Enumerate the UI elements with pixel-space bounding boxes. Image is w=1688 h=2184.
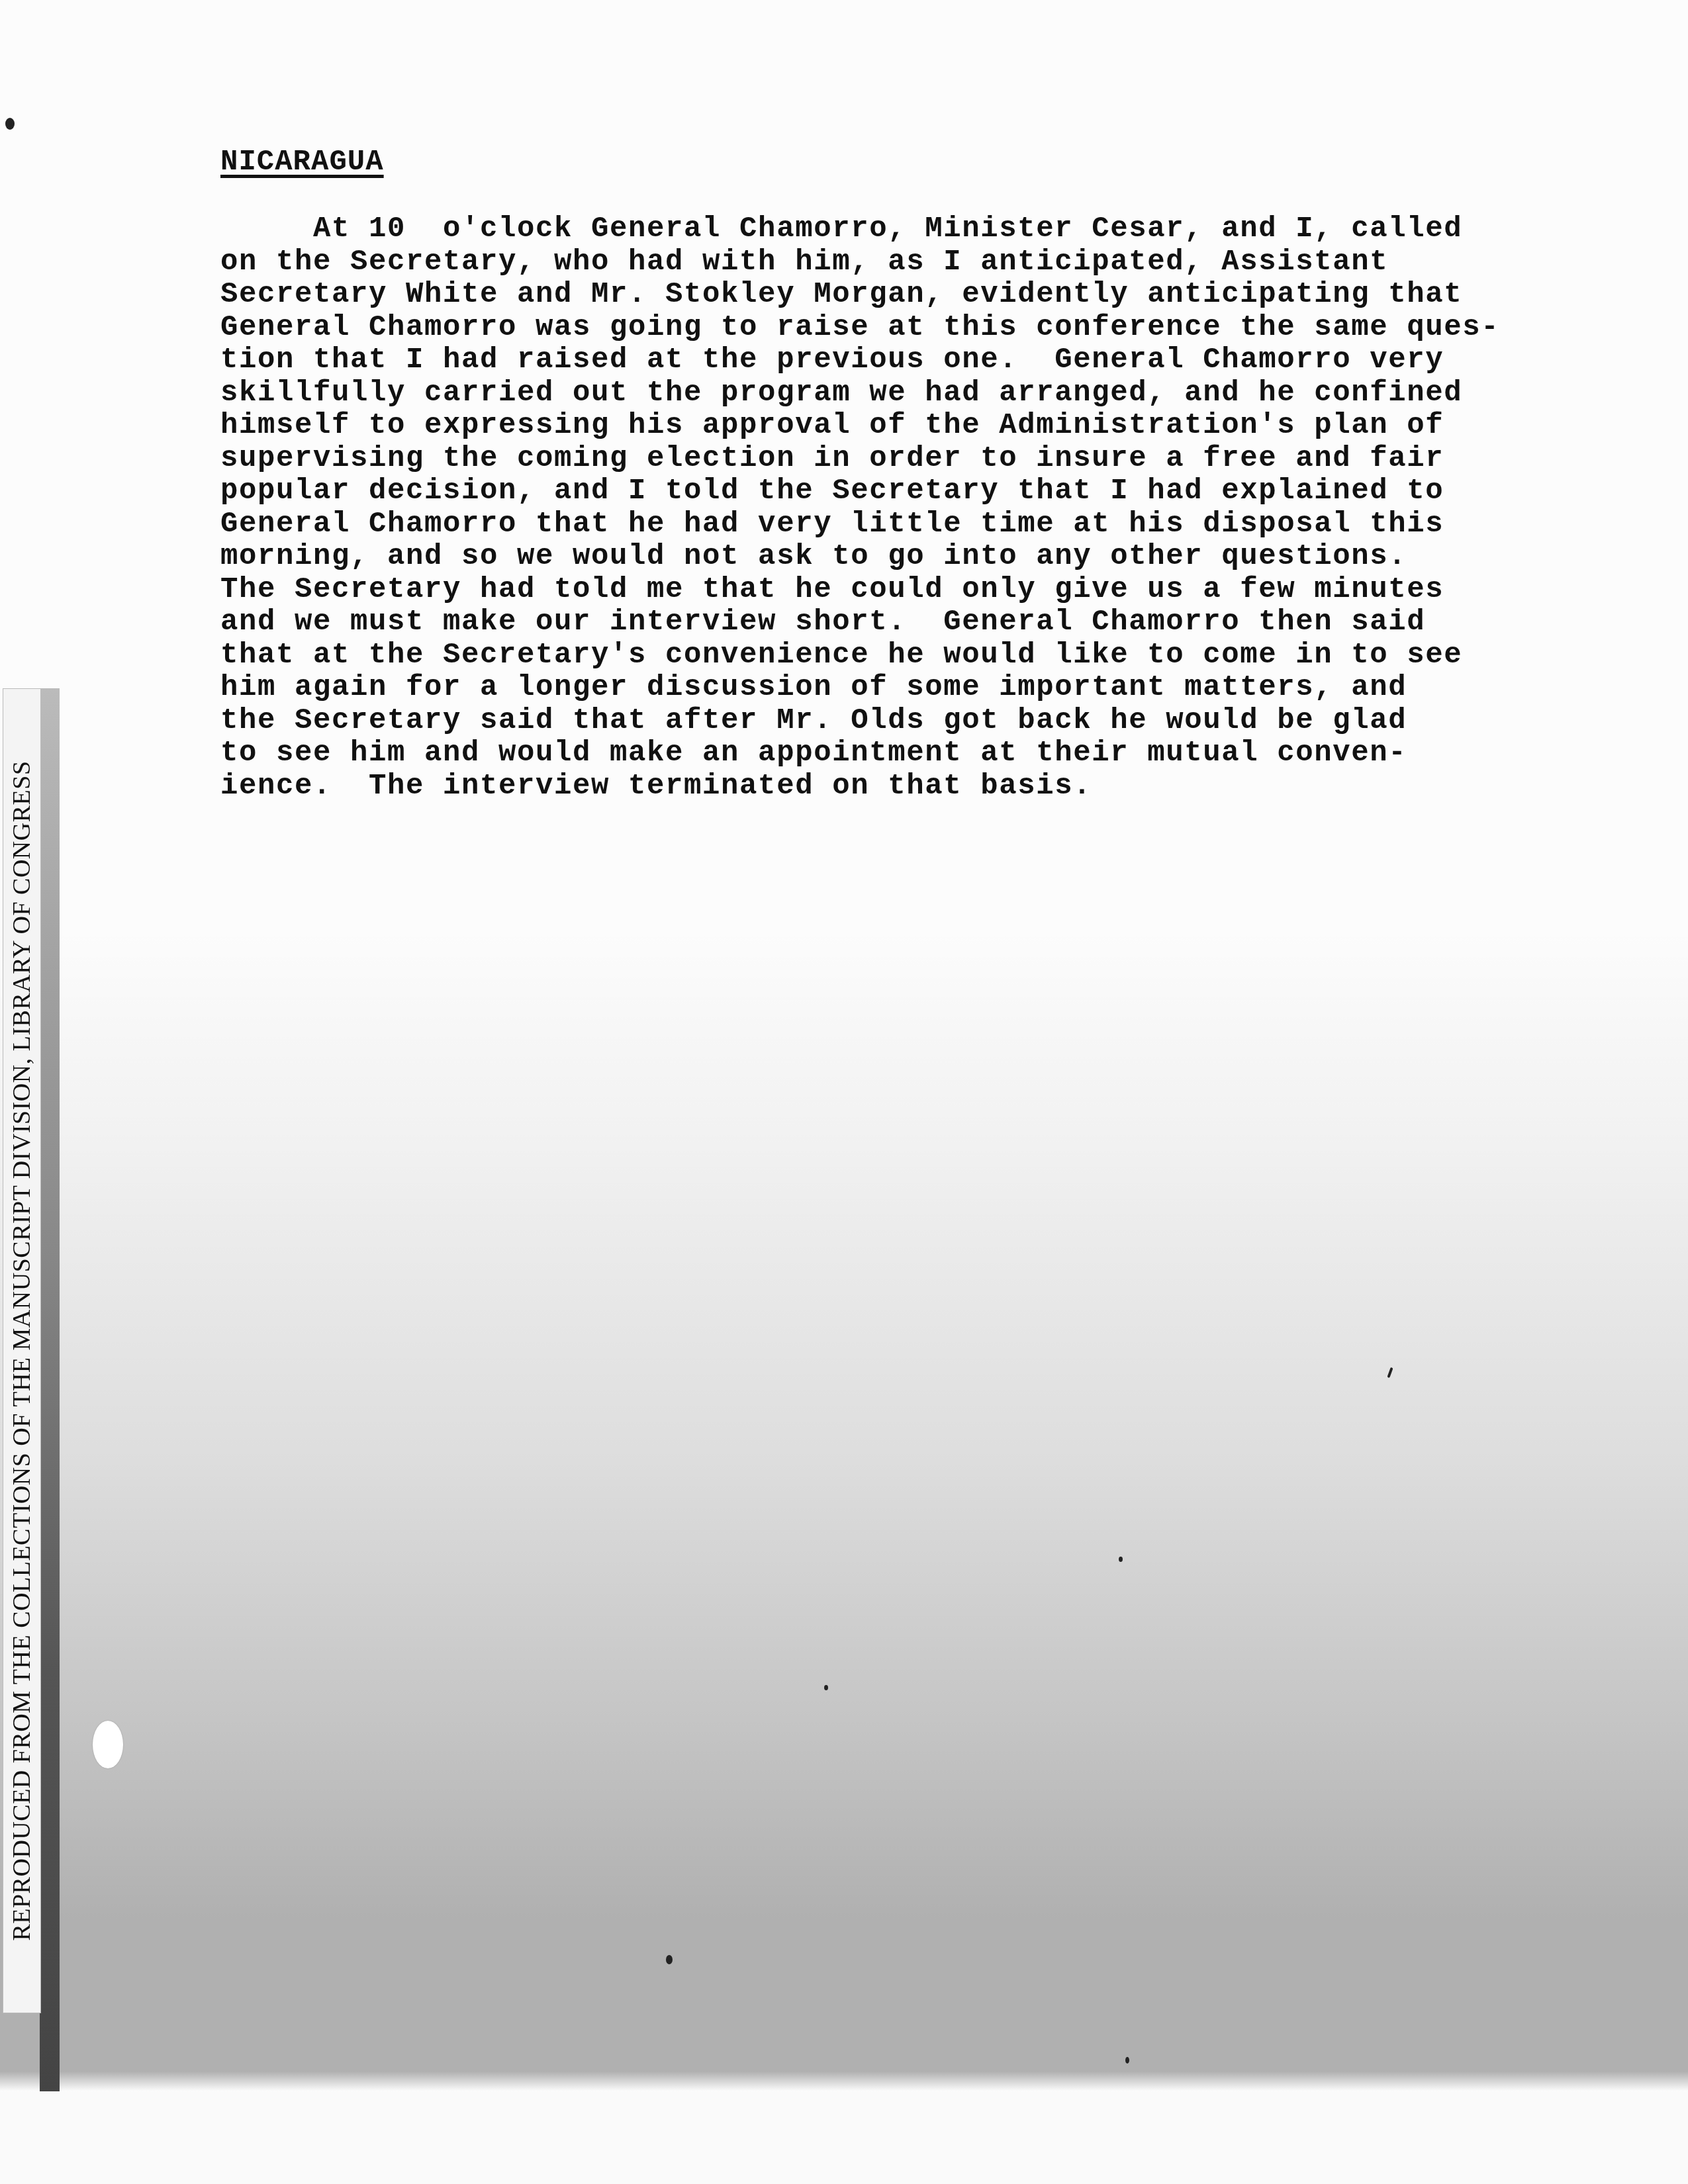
- speck: [666, 1955, 673, 1964]
- memo-document: NICARAGUA At 10 o'clock General Chamorro…: [220, 146, 1597, 803]
- memo-body: At 10 o'clock General Chamorro, Minister…: [220, 213, 1597, 803]
- archive-stamp-text: REPRODUCED FROM THE COLLECTIONS OF THE M…: [3, 689, 40, 2013]
- memo-line: ience. The interview terminated on that …: [220, 770, 1597, 803]
- archive-stamp: REPRODUCED FROM THE COLLECTIONS OF THE M…: [3, 688, 41, 2013]
- memo-line: and we must make our interview short. Ge…: [220, 606, 1597, 639]
- memo-line: tion that I had raised at the previous o…: [220, 344, 1597, 377]
- memo-line: supervising the coming election in order…: [220, 443, 1597, 476]
- memo-line: the Secretary said that after Mr. Olds g…: [220, 705, 1597, 738]
- speck: [1119, 1557, 1123, 1562]
- memo-line: Secretary White and Mr. Stokley Morgan, …: [220, 279, 1597, 312]
- memo-line: At 10 o'clock General Chamorro, Minister…: [220, 213, 1597, 246]
- punch-hole: [93, 1721, 123, 1768]
- memo-line: General Chamorro that he had very little…: [220, 508, 1597, 541]
- memo-line: to see him and would make an appointment…: [220, 737, 1597, 770]
- memo-line: popular decision, and I told the Secreta…: [220, 475, 1597, 508]
- speck: [1125, 2057, 1129, 2064]
- memo-line: The Secretary had told me that he could …: [220, 574, 1597, 607]
- speck: [1387, 1367, 1393, 1378]
- memo-line: that at the Secretary's convenience he w…: [220, 639, 1597, 672]
- memo-line: skillfully carried out the program we ha…: [220, 377, 1597, 410]
- memo-line: himself to expressing his approval of th…: [220, 410, 1597, 443]
- section-heading: NICARAGUA: [220, 146, 1597, 179]
- memo-line: him again for a longer discussion of som…: [220, 672, 1597, 705]
- memo-line: morning, and so we would not ask to go i…: [220, 541, 1597, 574]
- page-bottom-margin: [0, 2091, 1688, 2184]
- memo-line: General Chamorro was going to raise at t…: [220, 312, 1597, 345]
- binding-shadow: [40, 688, 60, 2091]
- speck: [824, 1685, 828, 1690]
- memo-line: on the Secretary, who had with him, as I…: [220, 246, 1597, 279]
- speck: [5, 118, 15, 130]
